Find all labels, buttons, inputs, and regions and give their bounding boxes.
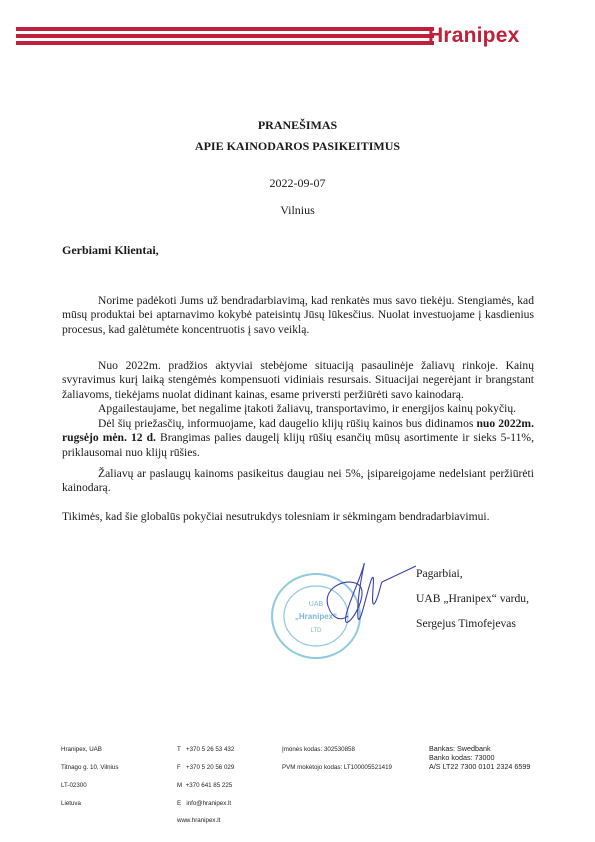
footer-bank: Bankas: Swedbank (429, 744, 530, 753)
document-subtitle: APIE KAINODAROS PASIKEITIMUS (0, 139, 595, 154)
paragraph-4: Dėl šių priežasčių, informuojame, kad da… (62, 417, 534, 460)
footer-website[interactable]: www.hranipex.lt (177, 817, 220, 824)
salutation: Gerbiami Klientai, (62, 243, 159, 258)
paragraph-5: Žaliavų ar paslaugų kainoms pasikeitus d… (62, 467, 534, 496)
document-title: PRANEŠIMAS (0, 118, 595, 133)
footer-fax: F +370 5 20 56 029 (177, 764, 234, 771)
footer-phone: T +370 5 26 53 432 (177, 746, 234, 753)
document-city: Vilnius (0, 203, 595, 218)
paragraph-6: Tikimės, kad šie globalūs pokyčiai nesut… (62, 510, 534, 524)
brand-stripes (16, 27, 434, 46)
paragraph-3: Apgailestaujame, bet negalime įtakoti ža… (62, 402, 534, 416)
signature (320, 556, 420, 636)
on-behalf: UAB „Hranipex“ vardu, (416, 592, 529, 605)
document-date: 2022-09-07 (0, 176, 595, 191)
brand-logo: Hranipex (428, 24, 519, 48)
footer-postcode: LT-02300 (61, 782, 87, 789)
footer-company-code: Įmonės kodas: 302530858 (282, 746, 355, 753)
footer-country: Lietuva (61, 800, 81, 807)
footer-email[interactable]: E info@hranipex.lt (177, 800, 231, 807)
paragraph-1: Norime padėkoti Jums už bendradarbiavimą… (62, 294, 534, 337)
paragraph-2: Nuo 2022m. pradžios aktyviai stebėjome s… (62, 359, 534, 402)
footer-bank-block: Bankas: Swedbank Banko kodas: 73000 A/S … (429, 744, 530, 771)
footer-vat-code: PVM mokėtojo kodas: LT100005521419 (282, 764, 392, 771)
footer-bank-code: Banko kodas: 73000 (429, 753, 530, 762)
footer-mobile: M +370 641 85 225 (177, 782, 232, 789)
signer-name: Sergejus Timofejevas (416, 617, 516, 630)
footer-account: A/S LT22 7300 0101 2324 6599 (429, 762, 530, 771)
footer-company: Hranipex, UAB (61, 746, 102, 753)
footer-street: Titnago g. 10, Vilnius (61, 764, 118, 771)
closing: Pagarbiai, (416, 567, 463, 580)
